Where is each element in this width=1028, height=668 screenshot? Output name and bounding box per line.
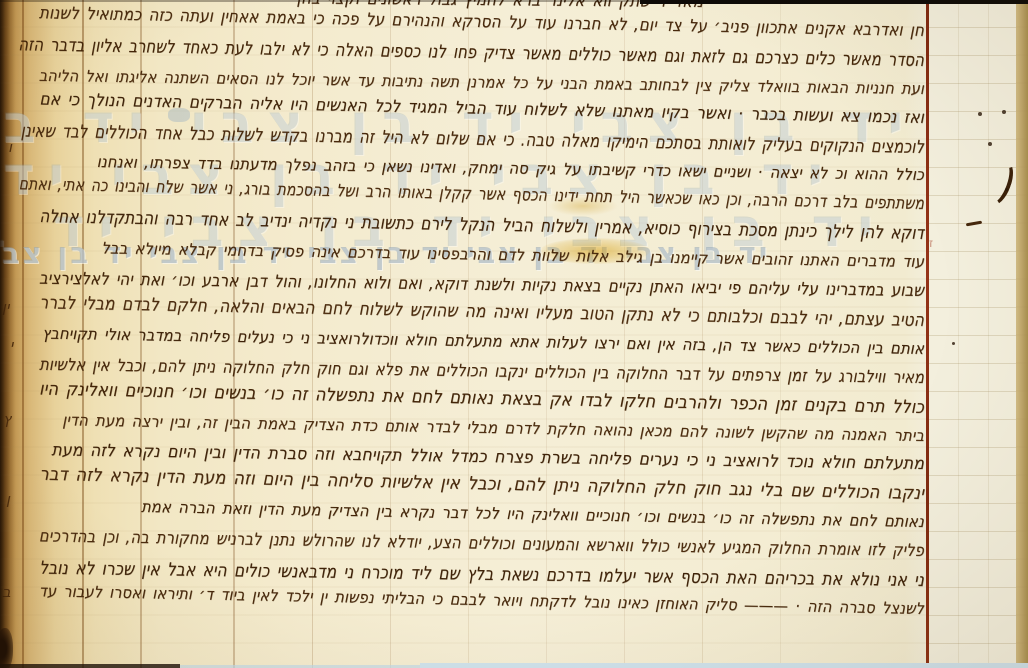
left-margin-ink-mark: ין — [2, 298, 9, 316]
scan-edge-top — [0, 0, 640, 2]
ink-speck — [1005, 188, 1008, 191]
dark-corner-blotch — [0, 628, 13, 668]
ink-speck — [988, 142, 992, 146]
scan-edge-top — [640, 0, 1028, 4]
ink-speck — [978, 112, 982, 116]
left-margin-ink-mark: ן — [6, 490, 10, 508]
faint-ink-mark: ז — [929, 236, 933, 250]
red-margin-rule — [926, 0, 929, 668]
right-blank-margin — [929, 0, 1016, 668]
left-margin-ink-mark: ב — [2, 583, 11, 601]
scan-edge-bottom — [0, 664, 180, 668]
ink-speck — [1002, 110, 1006, 114]
scan-edge-bottom-blue — [420, 663, 1028, 668]
left-margin-ink-mark: ץ — [3, 410, 11, 428]
ink-speck — [952, 342, 955, 345]
handwritten-text-block: מאז יד שתק ווא אלינר ברא לחמיץ גבול ראשו… — [0, 0, 1028, 668]
manuscript-page: יד בן צבי יד בן צבי יד בן יד בן צבי יד ב… — [0, 0, 1028, 668]
left-margin-ink-mark: י — [10, 336, 13, 354]
left-margin-ink-mark: ו — [8, 138, 12, 156]
